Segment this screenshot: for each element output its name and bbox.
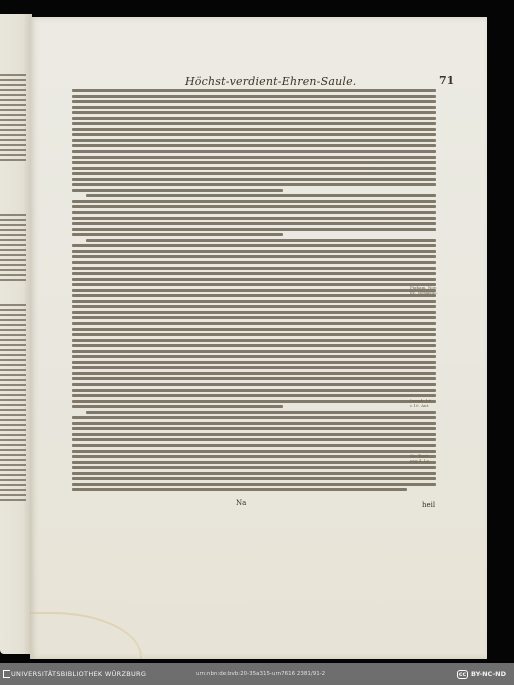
text-line xyxy=(72,350,436,353)
text-line xyxy=(0,479,26,481)
text-line xyxy=(72,144,436,147)
text-line xyxy=(72,211,436,214)
margin-note: Joseph. l.6. c.10. Ant. xyxy=(410,398,440,408)
text-line xyxy=(72,89,436,92)
text-line xyxy=(0,314,26,316)
text-line xyxy=(0,339,26,341)
text-line xyxy=(0,79,26,81)
text-line xyxy=(0,424,26,426)
text-line xyxy=(0,379,26,381)
text-line xyxy=(0,484,26,486)
text-line xyxy=(0,354,26,356)
text-line xyxy=(72,178,436,181)
text-line xyxy=(72,466,436,469)
text-line xyxy=(72,133,436,136)
text-line xyxy=(0,384,26,386)
previous-leaf-text xyxy=(0,214,26,284)
text-line xyxy=(72,344,436,347)
text-line xyxy=(0,224,26,226)
text-line xyxy=(0,254,26,256)
text-line xyxy=(0,319,26,321)
text-line xyxy=(0,434,26,436)
text-line xyxy=(72,111,436,114)
text-line xyxy=(0,324,26,326)
text-line xyxy=(72,233,283,236)
text-line xyxy=(0,134,26,136)
text-line xyxy=(0,149,26,151)
previous-leaf-text xyxy=(0,304,26,504)
text-line xyxy=(0,334,26,336)
text-line xyxy=(72,261,436,264)
text-line xyxy=(0,74,26,76)
text-line xyxy=(0,469,26,471)
body-text xyxy=(72,89,436,494)
text-line xyxy=(72,333,436,336)
text-line xyxy=(72,106,436,109)
text-line xyxy=(0,104,26,106)
text-line xyxy=(72,355,436,358)
text-line xyxy=(0,399,26,401)
text-line xyxy=(72,311,436,314)
text-line xyxy=(72,205,436,208)
text-line xyxy=(72,427,436,430)
text-line xyxy=(72,361,436,364)
text-line xyxy=(0,94,26,96)
text-line xyxy=(72,383,436,386)
text-line xyxy=(72,483,436,486)
text-line xyxy=(0,99,26,101)
previous-leaf-text xyxy=(0,74,26,164)
text-line xyxy=(72,139,436,142)
text-line xyxy=(0,234,26,236)
text-line xyxy=(72,400,436,403)
text-line xyxy=(72,289,436,292)
text-line xyxy=(72,389,436,392)
text-line xyxy=(72,394,436,397)
text-line xyxy=(72,283,436,286)
text-line xyxy=(0,404,26,406)
margin-note: Cn. Tacit. pag.4. Lo. xyxy=(410,453,440,463)
text-line xyxy=(72,272,436,275)
text-line xyxy=(0,214,26,216)
text-line xyxy=(72,244,436,247)
text-line xyxy=(72,250,436,253)
text-line xyxy=(72,328,436,331)
text-line xyxy=(72,322,436,325)
text-line xyxy=(72,222,436,225)
text-line xyxy=(72,167,436,170)
text-line xyxy=(0,84,26,86)
text-line xyxy=(0,359,26,361)
text-line xyxy=(0,139,26,141)
catchword: heil xyxy=(422,501,435,509)
license-label: BY-NC-ND xyxy=(471,670,506,678)
library-logo-icon xyxy=(3,670,10,678)
text-line xyxy=(72,372,436,375)
text-line xyxy=(72,150,436,153)
running-head: Höchst-verdient-Ehren-Saule. xyxy=(185,75,357,88)
text-line xyxy=(72,455,436,458)
text-line xyxy=(72,300,436,303)
text-line xyxy=(72,377,436,380)
text-line xyxy=(0,259,26,261)
book-page: Höchst-verdient-Ehren-Saule. 71 Pigham. … xyxy=(30,17,487,659)
text-line xyxy=(0,349,26,351)
text-line xyxy=(72,189,283,192)
text-line xyxy=(72,156,436,159)
text-line xyxy=(72,305,436,308)
text-line xyxy=(0,329,26,331)
text-line xyxy=(0,449,26,451)
text-line xyxy=(72,100,436,103)
text-line xyxy=(0,364,26,366)
text-line xyxy=(0,264,26,266)
text-line xyxy=(72,217,436,220)
text-line xyxy=(0,129,26,131)
text-line xyxy=(0,229,26,231)
text-line xyxy=(0,239,26,241)
text-line xyxy=(0,494,26,496)
text-line xyxy=(0,394,26,396)
text-line xyxy=(72,294,436,297)
text-line xyxy=(86,239,436,242)
text-line xyxy=(0,244,26,246)
text-line xyxy=(72,228,436,231)
text-line xyxy=(86,194,436,197)
text-line xyxy=(0,474,26,476)
text-line xyxy=(0,274,26,276)
text-line xyxy=(0,444,26,446)
text-line xyxy=(0,269,26,271)
text-line xyxy=(72,316,436,319)
text-line xyxy=(0,464,26,466)
text-line xyxy=(0,344,26,346)
signature-mark: Na xyxy=(236,499,246,507)
institution-name: UNIVERSITÄTSBIBLIOTHEK WÜRZBURG xyxy=(11,670,146,678)
text-line xyxy=(0,144,26,146)
text-line xyxy=(72,278,436,281)
text-line xyxy=(72,422,436,425)
text-line xyxy=(0,124,26,126)
text-line xyxy=(72,461,436,464)
text-line xyxy=(72,95,436,98)
text-line xyxy=(0,499,26,501)
license-badge[interactable]: cc BY-NC-ND xyxy=(457,670,506,679)
water-stain xyxy=(30,612,142,659)
text-line xyxy=(0,109,26,111)
text-line xyxy=(0,419,26,421)
text-line xyxy=(72,366,436,369)
text-line xyxy=(0,309,26,311)
text-line xyxy=(0,154,26,156)
urn-identifier[interactable]: urn:nbn:de:bvb:20-35a315-urn7616 2381/91… xyxy=(196,671,325,677)
text-line xyxy=(72,405,283,408)
text-line xyxy=(0,414,26,416)
text-line xyxy=(0,159,26,161)
text-line xyxy=(72,450,436,453)
text-line xyxy=(72,339,436,342)
page-number: 71 xyxy=(439,74,454,87)
text-line xyxy=(72,122,436,125)
text-line xyxy=(86,411,436,414)
text-line xyxy=(0,89,26,91)
text-line xyxy=(0,249,26,251)
text-line xyxy=(0,439,26,441)
text-line xyxy=(72,161,436,164)
text-line xyxy=(72,416,436,419)
text-line xyxy=(0,409,26,411)
text-line xyxy=(0,304,26,306)
text-line xyxy=(0,454,26,456)
footer-bar: UNIVERSITÄTSBIBLIOTHEK WÜRZBURG urn:nbn:… xyxy=(0,663,514,685)
text-line xyxy=(0,374,26,376)
text-line xyxy=(72,477,436,480)
margin-note: Pigham. Nov. Ec. clesiastic. xyxy=(410,285,440,295)
text-line xyxy=(72,255,436,258)
text-line xyxy=(72,488,407,491)
text-line xyxy=(0,119,26,121)
text-line xyxy=(72,472,436,475)
text-line xyxy=(0,279,26,281)
text-line xyxy=(72,267,436,270)
previous-leaf-edge xyxy=(0,14,32,654)
text-line xyxy=(72,200,436,203)
text-line xyxy=(0,114,26,116)
text-line xyxy=(72,433,436,436)
creative-commons-icon: cc xyxy=(457,670,468,679)
institution-brand[interactable]: UNIVERSITÄTSBIBLIOTHEK WÜRZBURG xyxy=(3,670,146,678)
text-line xyxy=(72,128,436,131)
text-line xyxy=(0,489,26,491)
text-line xyxy=(0,459,26,461)
text-line xyxy=(72,117,436,120)
text-line xyxy=(72,172,436,175)
scan-viewer: Höchst-verdient-Ehren-Saule. 71 Pigham. … xyxy=(0,0,514,663)
text-line xyxy=(0,219,26,221)
text-line xyxy=(0,389,26,391)
text-line xyxy=(0,369,26,371)
text-line xyxy=(72,438,436,441)
text-line xyxy=(0,429,26,431)
text-line xyxy=(72,444,436,447)
text-line xyxy=(72,183,436,186)
